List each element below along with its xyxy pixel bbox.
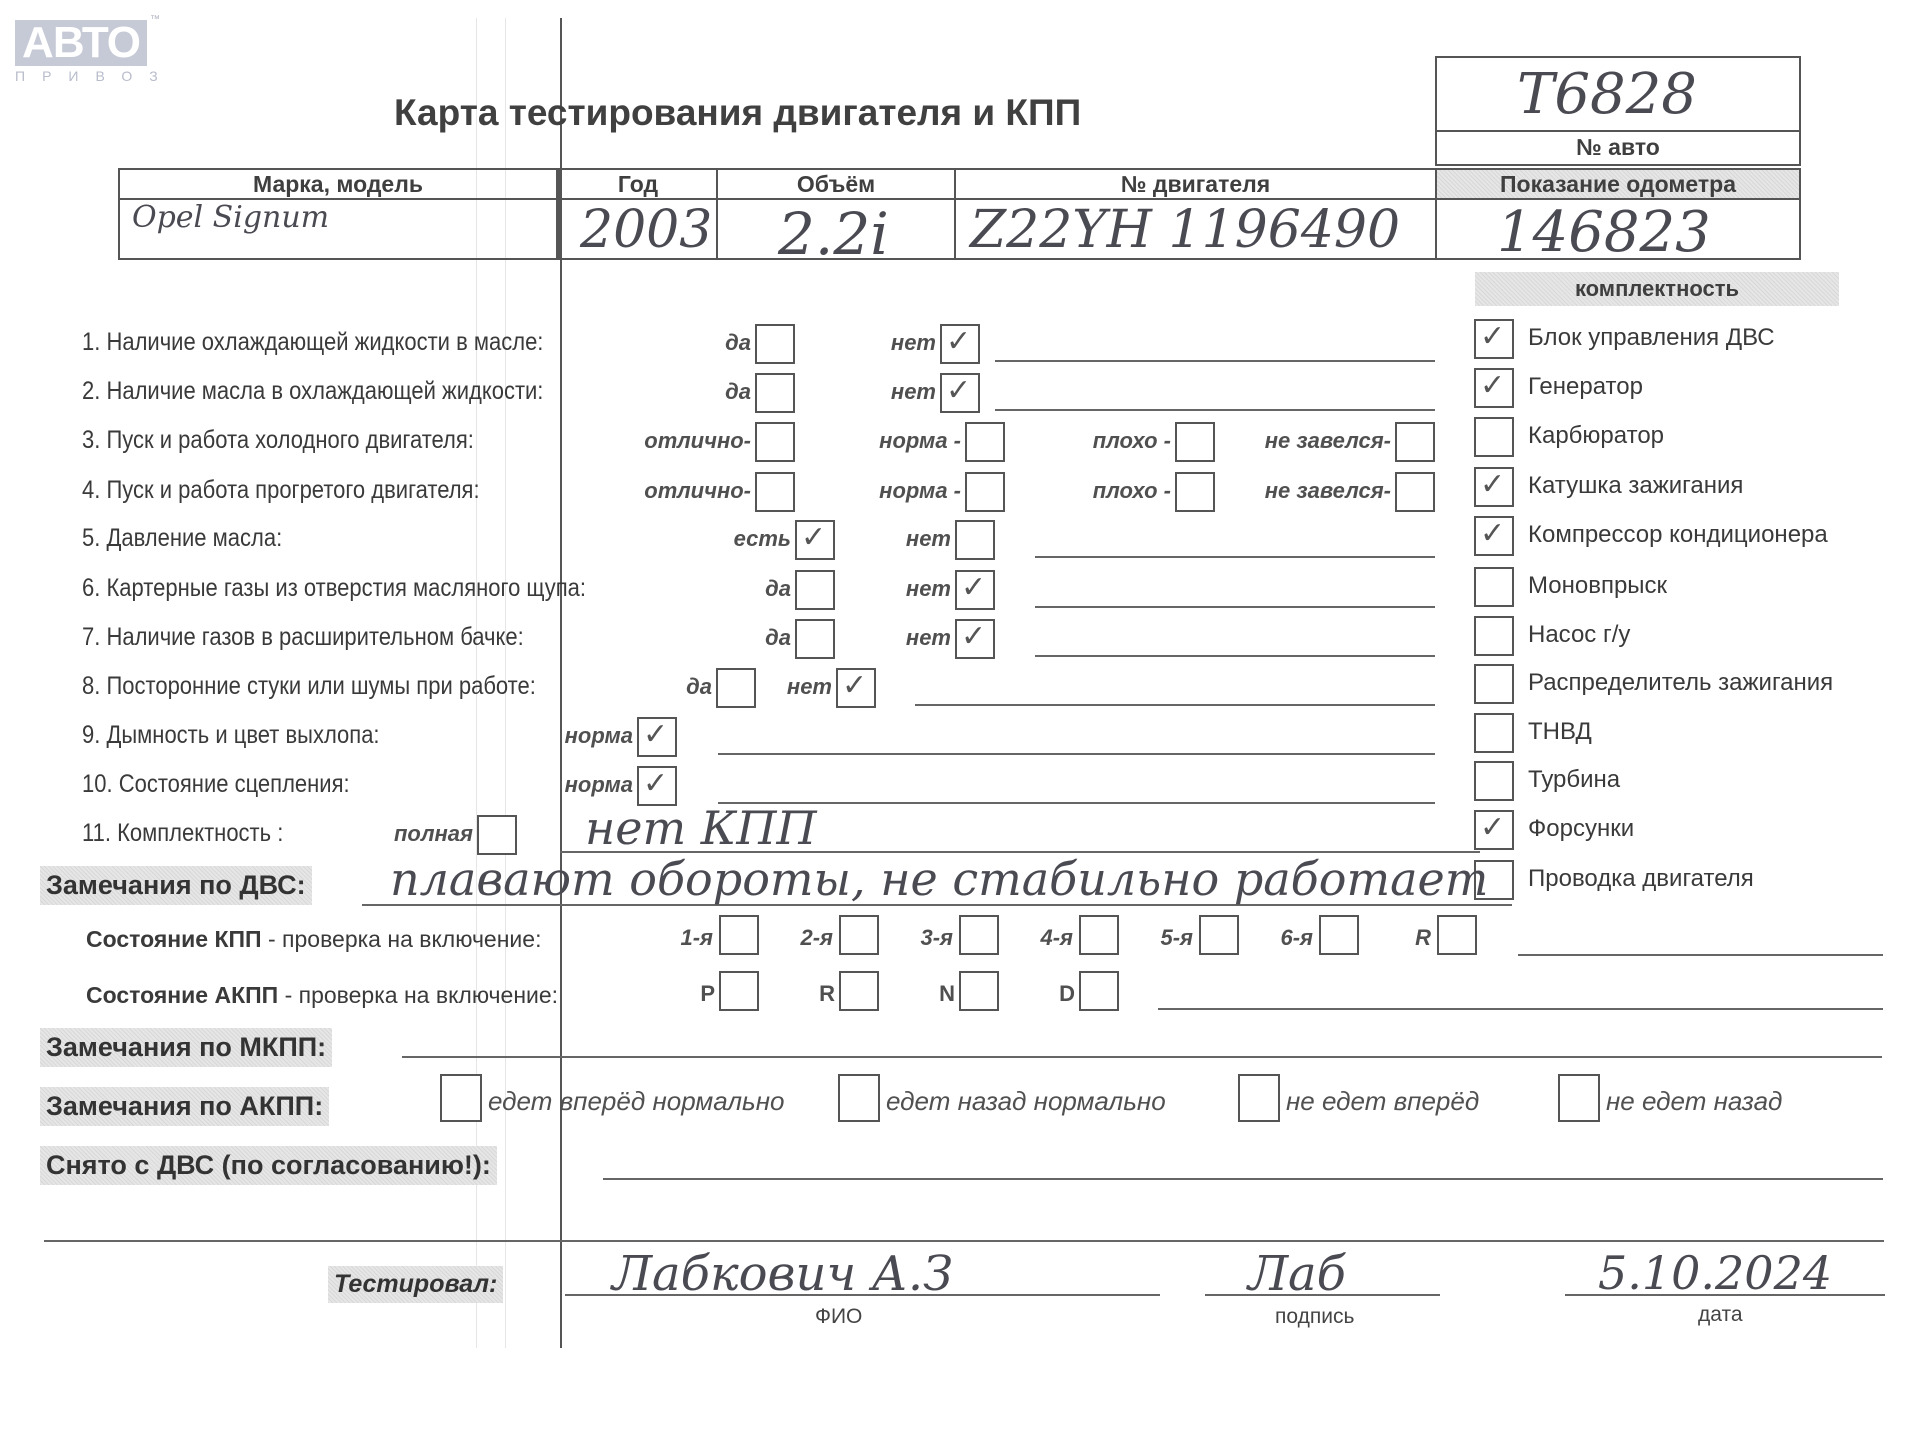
engine-remarks-label: Замечания по ДВС: <box>40 866 312 905</box>
check-mark-icon: ✓ <box>1480 810 1505 845</box>
car-number-label: № авто <box>1435 130 1801 166</box>
check-question: 4. Пуск и работа прогретого двигателя: <box>82 476 480 505</box>
gear-checkbox[interactable] <box>839 971 879 1011</box>
check-mark-icon: ✓ <box>961 619 986 654</box>
check-question: 6. Картерные газы из отверстия масляного… <box>82 574 586 603</box>
component-label: Карбюратор <box>1528 422 1664 450</box>
date-caption: дата <box>1698 1303 1743 1327</box>
option-label: норма <box>565 772 633 798</box>
gear-label: N <box>939 981 955 1007</box>
option-label: нет <box>891 330 936 356</box>
option-label: да <box>725 330 751 356</box>
gear-label: R <box>1415 925 1431 951</box>
option-label: норма <box>565 723 633 749</box>
option-checkbox[interactable]: ✓ <box>836 668 876 708</box>
option-checkbox[interactable]: ✓ <box>955 619 995 659</box>
table-header-2: Объём <box>716 168 956 200</box>
component-checkbox[interactable] <box>1474 616 1514 656</box>
option-checkbox[interactable] <box>755 324 795 364</box>
component-checkbox[interactable] <box>1474 761 1514 801</box>
auto-gearbox-subtitle: - проверка на включение: <box>278 982 558 1008</box>
check-mark-icon: ✓ <box>961 570 986 605</box>
option-label: нет <box>891 379 936 405</box>
gear-label: 5-я <box>1160 925 1193 951</box>
akpp-option-label: не едет вперёд <box>1286 1086 1479 1117</box>
check-mark-icon: ✓ <box>1480 467 1505 502</box>
signature-line <box>1205 1294 1440 1296</box>
option-checkbox[interactable]: ✓ <box>637 717 677 757</box>
option-label: нет <box>906 625 951 651</box>
check-question: 8. Посторонние стуки или шумы при работе… <box>82 672 536 701</box>
gear-label: 2-я <box>800 925 833 951</box>
check-mark-icon: ✓ <box>801 520 826 555</box>
option-label: да <box>686 674 712 700</box>
gear-checkbox[interactable] <box>719 971 759 1011</box>
component-checkbox[interactable]: ✓ <box>1474 368 1514 408</box>
comment-line[interactable] <box>1035 556 1435 558</box>
logo-subtitle: ПРИВОЗ <box>15 68 175 84</box>
table-header-3: № двигателя <box>954 168 1437 200</box>
option-checkbox[interactable] <box>1175 472 1215 512</box>
comment-line[interactable] <box>1035 606 1435 608</box>
auto-gearbox-check-label: Состояние АКПП - проверка на включение: <box>86 982 558 1009</box>
check-question: 1. Наличие охлаждающей жидкости в масле: <box>82 328 543 357</box>
option-checkbox[interactable] <box>955 520 995 560</box>
gear-checkbox[interactable] <box>839 915 879 955</box>
option-label: не завелся- <box>1265 428 1391 454</box>
component-label: ТНВД <box>1528 718 1592 746</box>
option-checkbox[interactable]: ✓ <box>940 373 980 413</box>
akpp-option-checkbox[interactable] <box>838 1074 880 1122</box>
option-label: да <box>725 379 751 405</box>
option-checkbox[interactable] <box>965 472 1005 512</box>
component-checkbox[interactable] <box>1474 713 1514 753</box>
test-date[interactable]: 5.10.2024 <box>1598 1246 1832 1300</box>
table-cell-0[interactable]: Opel Signum <box>118 198 558 260</box>
gear-checkbox[interactable] <box>1437 915 1477 955</box>
option-label: норма - <box>879 428 961 454</box>
component-label: Моновпрыск <box>1528 572 1667 600</box>
check-mark-icon: ✓ <box>946 324 971 359</box>
option-label: полная <box>394 821 473 847</box>
check-mark-icon: ✓ <box>1480 516 1505 551</box>
gear-checkbox[interactable] <box>1199 915 1239 955</box>
option-checkbox[interactable]: ✓ <box>940 324 980 364</box>
table-value-2: 2.2i <box>778 200 889 268</box>
table-value-0: Opel Signum <box>132 200 329 235</box>
component-checkbox[interactable]: ✓ <box>1474 319 1514 359</box>
table-cell-2[interactable]: 2.2i <box>716 198 956 260</box>
component-label: Турбина <box>1528 766 1620 794</box>
option-checkbox[interactable] <box>795 619 835 659</box>
component-checkbox[interactable] <box>1474 417 1514 457</box>
check-question: 11. Комплектность : <box>82 819 283 848</box>
option-checkbox[interactable] <box>477 815 517 855</box>
comment-line[interactable] <box>718 753 1435 755</box>
check-mark-icon: ✓ <box>643 717 668 752</box>
gear-label: 4-я <box>1040 925 1073 951</box>
option-checkbox[interactable] <box>965 422 1005 462</box>
check-mark-icon: ✓ <box>1480 368 1505 403</box>
option-checkbox[interactable] <box>1175 422 1215 462</box>
option-label: да <box>765 576 791 602</box>
component-label: Блок управления ДВС <box>1528 324 1775 352</box>
gear-label: 3-я <box>920 925 953 951</box>
check-mark-icon: ✓ <box>1480 319 1505 354</box>
option-label: есть <box>734 526 791 552</box>
engine-remarks-value[interactable]: плавают обороты, не стабильно работает <box>390 852 1488 906</box>
signature-caption: подпись <box>1275 1305 1354 1329</box>
akpp-option-label: едет назад нормально <box>886 1086 1166 1117</box>
option-checkbox[interactable]: ✓ <box>955 570 995 610</box>
tested-by-text: Тестировал: <box>334 1270 497 1298</box>
component-checkbox[interactable]: ✓ <box>1474 467 1514 507</box>
gear-label: P <box>700 981 715 1007</box>
comment-line[interactable] <box>1035 655 1435 657</box>
akpp-remarks-label: Замечания по АКПП: <box>40 1087 329 1126</box>
table-header-4: Показание одометра <box>1435 168 1801 200</box>
option-label: нет <box>906 576 951 602</box>
component-label: Насос г/у <box>1528 621 1630 649</box>
option-checkbox[interactable] <box>755 373 795 413</box>
component-checkbox[interactable]: ✓ <box>1474 516 1514 556</box>
component-label: Катушка зажигания <box>1528 472 1743 500</box>
option-checkbox[interactable] <box>755 422 795 462</box>
component-checkbox[interactable] <box>1474 664 1514 704</box>
akpp-option-checkbox[interactable] <box>440 1074 482 1122</box>
date-line <box>1565 1294 1885 1296</box>
removed-line[interactable] <box>603 1178 1883 1180</box>
component-label: Компрессор кондиционера <box>1528 521 1828 549</box>
component-label: Форсунки <box>1528 815 1634 843</box>
logo-trademark: ™ <box>150 14 160 25</box>
name-caption: ФИО <box>815 1305 862 1329</box>
manual-gearbox-check-label: Состояние КПП - проверка на включение: <box>86 926 541 953</box>
completeness-note[interactable]: нет КПП <box>585 801 817 855</box>
option-label: не завелся- <box>1265 478 1391 504</box>
component-label: Проводка двигателя <box>1528 865 1754 893</box>
removed-label: Снято с ДВС (по согласованию!): <box>40 1146 497 1185</box>
option-label: плохо - <box>1093 428 1171 454</box>
table-cell-4[interactable]: 146823 <box>1435 198 1801 260</box>
check-question: 2. Наличие масла в охлаждающей жидкости: <box>82 377 543 406</box>
car-number-value: T6828 <box>1517 62 1697 127</box>
option-checkbox[interactable] <box>1395 472 1435 512</box>
option-checkbox[interactable] <box>716 668 756 708</box>
gear-checkbox[interactable] <box>1079 971 1119 1011</box>
option-checkbox[interactable] <box>1395 422 1435 462</box>
akpp-option-label: не едет назад <box>1606 1086 1782 1117</box>
auto-gearbox-title: Состояние АКПП <box>86 982 278 1008</box>
akpp-option-checkbox[interactable] <box>1238 1074 1280 1122</box>
gear-checkbox[interactable] <box>1319 915 1359 955</box>
table-header-0: Марка, модель <box>118 168 558 200</box>
option-checkbox[interactable]: ✓ <box>637 766 677 806</box>
check-question: 3. Пуск и работа холодного двигателя: <box>82 426 474 455</box>
table-header-1: Год <box>558 168 718 200</box>
manual-gearbox-title: Состояние КПП <box>86 926 262 952</box>
logo: АВТО <box>15 20 147 66</box>
component-checkbox[interactable]: ✓ <box>1474 810 1514 850</box>
option-label: да <box>765 625 791 651</box>
gear-label: 6-я <box>1280 925 1313 951</box>
gear-label: R <box>819 981 835 1007</box>
component-label: Распределитель зажигания <box>1528 669 1833 697</box>
comment-line[interactable] <box>718 802 1435 804</box>
gear-checkbox[interactable] <box>959 915 999 955</box>
mkpp-remarks-label: Замечания по МКПП: <box>40 1028 332 1067</box>
tested-by-label: Тестировал: <box>328 1266 503 1303</box>
manual-gearbox-subtitle: - проверка на включение: <box>262 926 542 952</box>
completeness-header: комплектность <box>1475 272 1839 306</box>
table-value-4: 146823 <box>1497 200 1711 265</box>
comment-line[interactable] <box>995 360 1435 362</box>
mkpp-remarks-line[interactable] <box>402 1056 1882 1058</box>
table-value-1: 2003 <box>580 200 712 260</box>
gear-label: D <box>1059 981 1075 1007</box>
check-question: 7. Наличие газов в расширительном бачке: <box>82 623 524 652</box>
check-mark-icon: ✓ <box>643 766 668 801</box>
gear-checkbox[interactable] <box>959 971 999 1011</box>
option-label: норма - <box>879 478 961 504</box>
option-label: отлично- <box>644 428 751 454</box>
option-label: нет <box>906 526 951 552</box>
check-mark-icon: ✓ <box>946 373 971 408</box>
gear-checkbox[interactable] <box>1079 915 1119 955</box>
page-title: Карта тестирования двигателя и КПП <box>394 92 1081 134</box>
gear-label: 1-я <box>680 925 713 951</box>
car-number-box: T6828 <box>1435 56 1801 132</box>
akpp-option-checkbox[interactable] <box>1558 1074 1600 1122</box>
auto-gearbox-line[interactable] <box>1158 1008 1883 1010</box>
table-cell-3[interactable]: Z22YH 1196490 <box>954 198 1437 260</box>
gear-checkbox[interactable] <box>719 915 759 955</box>
option-checkbox[interactable] <box>795 570 835 610</box>
option-checkbox[interactable] <box>755 472 795 512</box>
check-mark-icon: ✓ <box>842 668 867 703</box>
manual-gearbox-line[interactable] <box>1518 954 1883 956</box>
option-label: нет <box>787 674 832 700</box>
option-label: плохо - <box>1093 478 1171 504</box>
check-question: 10. Состояние сцепления: <box>82 770 350 799</box>
check-question: 5. Давление масла: <box>82 524 282 553</box>
option-checkbox[interactable]: ✓ <box>795 520 835 560</box>
table-cell-1[interactable]: 2003 <box>558 198 718 260</box>
check-question: 9. Дымность и цвет выхлопа: <box>82 721 380 750</box>
name-line <box>565 1294 1160 1296</box>
akpp-option-label: едет вперёд нормально <box>488 1086 784 1117</box>
removed-line-2[interactable] <box>44 1240 1884 1242</box>
comment-line[interactable] <box>915 704 1435 706</box>
component-checkbox[interactable] <box>1474 567 1514 607</box>
comment-line[interactable] <box>995 409 1435 411</box>
table-value-3: Z22YH 1196490 <box>970 200 1400 260</box>
component-label: Генератор <box>1528 373 1643 401</box>
option-label: отлично- <box>644 478 751 504</box>
